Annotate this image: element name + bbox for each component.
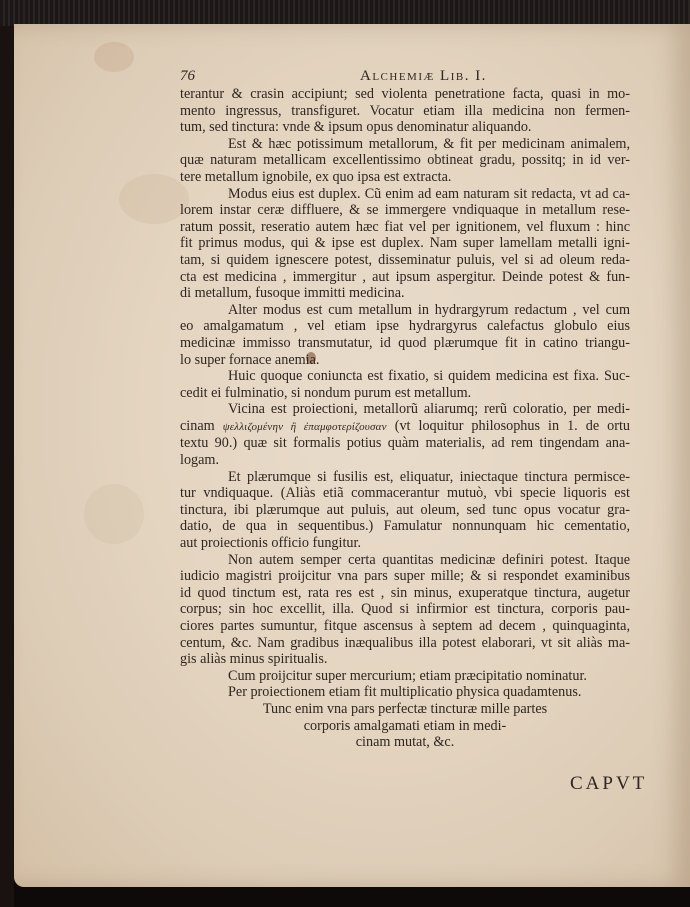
text-line: Et plærumque si fusilis est, eliquatur, … — [180, 469, 630, 486]
text-line: corpus; sin hoc excellit, illa. Quod si … — [180, 601, 630, 618]
paragraph: Non autem semper certa quantitas medicin… — [180, 552, 630, 668]
text-line: aut proiectionis officio fungitur. — [180, 535, 630, 552]
text-line: terantur & crasin accipiunt; sed violent… — [180, 86, 630, 103]
text-line: lorem instar ceræ diffluere, & se immerg… — [180, 202, 630, 219]
paragraph: Vicina est proiectioni, metallorũ aliaru… — [180, 401, 630, 468]
paragraph: Est & hæc potissimum metallorum, & fit p… — [180, 136, 630, 186]
text-line: datio, de qua in sequentibus.) Famulatur… — [180, 518, 630, 535]
text-line: Per proiectionem etiam fit multiplicatio… — [180, 684, 630, 701]
text-line: ratum possit, reseratio autem hæc fiat v… — [180, 219, 630, 236]
text-line: Modus eius est duplex. Cũ enim ad eam na… — [180, 186, 630, 203]
text-line: textu 90.) quæ sit formalis potius quàm … — [180, 435, 630, 452]
paragraph: Cum proijcitur super mercurium; etiam pr… — [180, 668, 630, 685]
paragraph: Modus eius est duplex. Cũ enim ad eam na… — [180, 186, 630, 302]
foxing-stain — [119, 174, 189, 224]
text-line: id quod tinctum est, rata res est , sin … — [180, 585, 630, 602]
closing-paragraph: Tunc enim vna pars perfectæ tincturæ mil… — [180, 701, 630, 751]
text-line: logam. — [180, 452, 630, 469]
text-line: tum, sed tinctura: vnde & ipsum opus den… — [180, 119, 630, 136]
paragraph: Huic quoque coniuncta est fixatio, si qu… — [180, 368, 630, 401]
text-line: centum, &c. Nam gradibus inæqualibus ill… — [180, 635, 630, 652]
paragraph: Per proiectionem etiam fit multiplicatio… — [180, 684, 630, 701]
text-line: di metallum, fusoque immitti medicina. — [180, 285, 630, 302]
page-number: 76 — [180, 68, 195, 85]
text-line: Non autem semper certa quantitas medicin… — [180, 552, 630, 569]
paragraph: Alter modus est cum metallum in hydrargy… — [180, 302, 630, 368]
greek-phrase: ψελλιζομένην ἢ ἐπαμφοτερίζουσαν — [223, 421, 387, 433]
paragraph: terantur & crasin accipiunt; sed violent… — [180, 86, 630, 136]
text-line: eo amalgamatum , vel etiam ipse hydrargy… — [180, 318, 630, 335]
running-head-title: Alchemiæ Lib. I. — [360, 68, 487, 85]
text-line: mento ingressus, transfiguret. Vocatur e… — [180, 103, 630, 120]
text-line: Alter modus est cum metallum in hydrargy… — [180, 302, 630, 319]
text-line: lo super fornace anemia. — [180, 352, 630, 369]
text-line: tinctura, ibi plærumque aut puluis, aut … — [180, 502, 630, 519]
text-line: Huic quoque coniuncta est fixatio, si qu… — [180, 368, 630, 385]
binding-edge-left — [0, 26, 14, 907]
text-line: tere metallum ignobile, ex quo ipsa est … — [180, 169, 630, 186]
text-line: Tunc enim vna pars perfectæ tincturæ mil… — [180, 701, 630, 718]
text-line: medicinæ immisso transmutatur, id quod p… — [180, 335, 630, 352]
text-line: gis aliàs minus spiritualis. — [180, 651, 630, 668]
text-line: cinam mutat, &c. — [180, 734, 630, 751]
text-line: Vicina est proiectioni, metallorũ aliaru… — [180, 401, 630, 418]
text-line: ciores partes sumuntur, fitque ascensus … — [180, 618, 630, 635]
text-line: corporis amalgamati etiam in medi- — [180, 718, 630, 735]
text-line: fit primus modus, qui & ipse est duplex.… — [180, 235, 630, 252]
text-line: Cum proijcitur super mercurium; etiam pr… — [180, 668, 630, 685]
text-line: iudicio magistri proijcitur vna pars sup… — [180, 568, 630, 585]
text-line: quæ naturam metallicam excellentissimo o… — [180, 152, 630, 169]
paragraph: Et plærumque si fusilis est, eliquatur, … — [180, 469, 630, 552]
foxing-stain — [94, 42, 134, 72]
text-line: cta est medicina , immergitur , aut ipsu… — [180, 269, 630, 286]
text-line: tur vndiquaque. (Aliàs etiã commacerantu… — [180, 485, 630, 502]
running-head: 76 Alchemiæ Lib. I. — [180, 68, 630, 86]
page-text: 76 Alchemiæ Lib. I. terantur & crasin ac… — [180, 68, 630, 751]
catchword: CAPVT — [570, 773, 647, 795]
text-line: cedit ei fulminatio, si nondum purum est… — [180, 385, 630, 402]
foxing-stain — [84, 484, 144, 544]
text-line-with-greek: cinam ψελλιζομένην ἢ ἐπαμφοτερίζουσαν (v… — [180, 418, 630, 436]
text-line: tam, si quidem ignescere potest, dissemi… — [180, 252, 630, 269]
binding-edge-top — [0, 0, 690, 26]
text-line: Est & hæc potissimum metallorum, & fit p… — [180, 136, 630, 153]
